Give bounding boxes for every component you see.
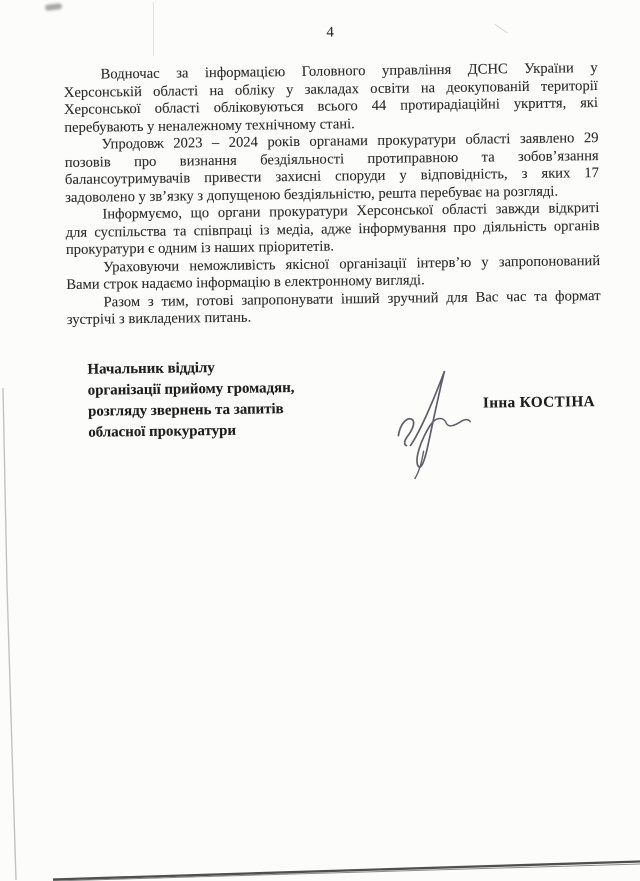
signature-title-line: Начальник відділу (87, 357, 294, 381)
handwritten-signature (389, 358, 477, 479)
scanned-letter-page: 4 Водночас за інформацією Головного упра… (0, 0, 640, 881)
letter-content: 4 Водночас за інформацією Головного упра… (63, 21, 603, 499)
signatory-name: Інна КОСТІНА (483, 393, 595, 412)
signature-title-line: організації прийому громадян, (88, 378, 295, 402)
signature-title-line: розгляду звернень та запитів (88, 399, 295, 423)
letter-body: Водночас за інформацією Головного управл… (64, 60, 601, 329)
signature-title-line: обласної прокуратури (88, 419, 295, 443)
scan-smudge (45, 3, 63, 11)
page-number: 4 (63, 21, 597, 45)
signature-block: Начальник відділу організації прийому гр… (67, 352, 603, 499)
signatory-title: Начальник відділу організації прийому гр… (87, 357, 295, 444)
